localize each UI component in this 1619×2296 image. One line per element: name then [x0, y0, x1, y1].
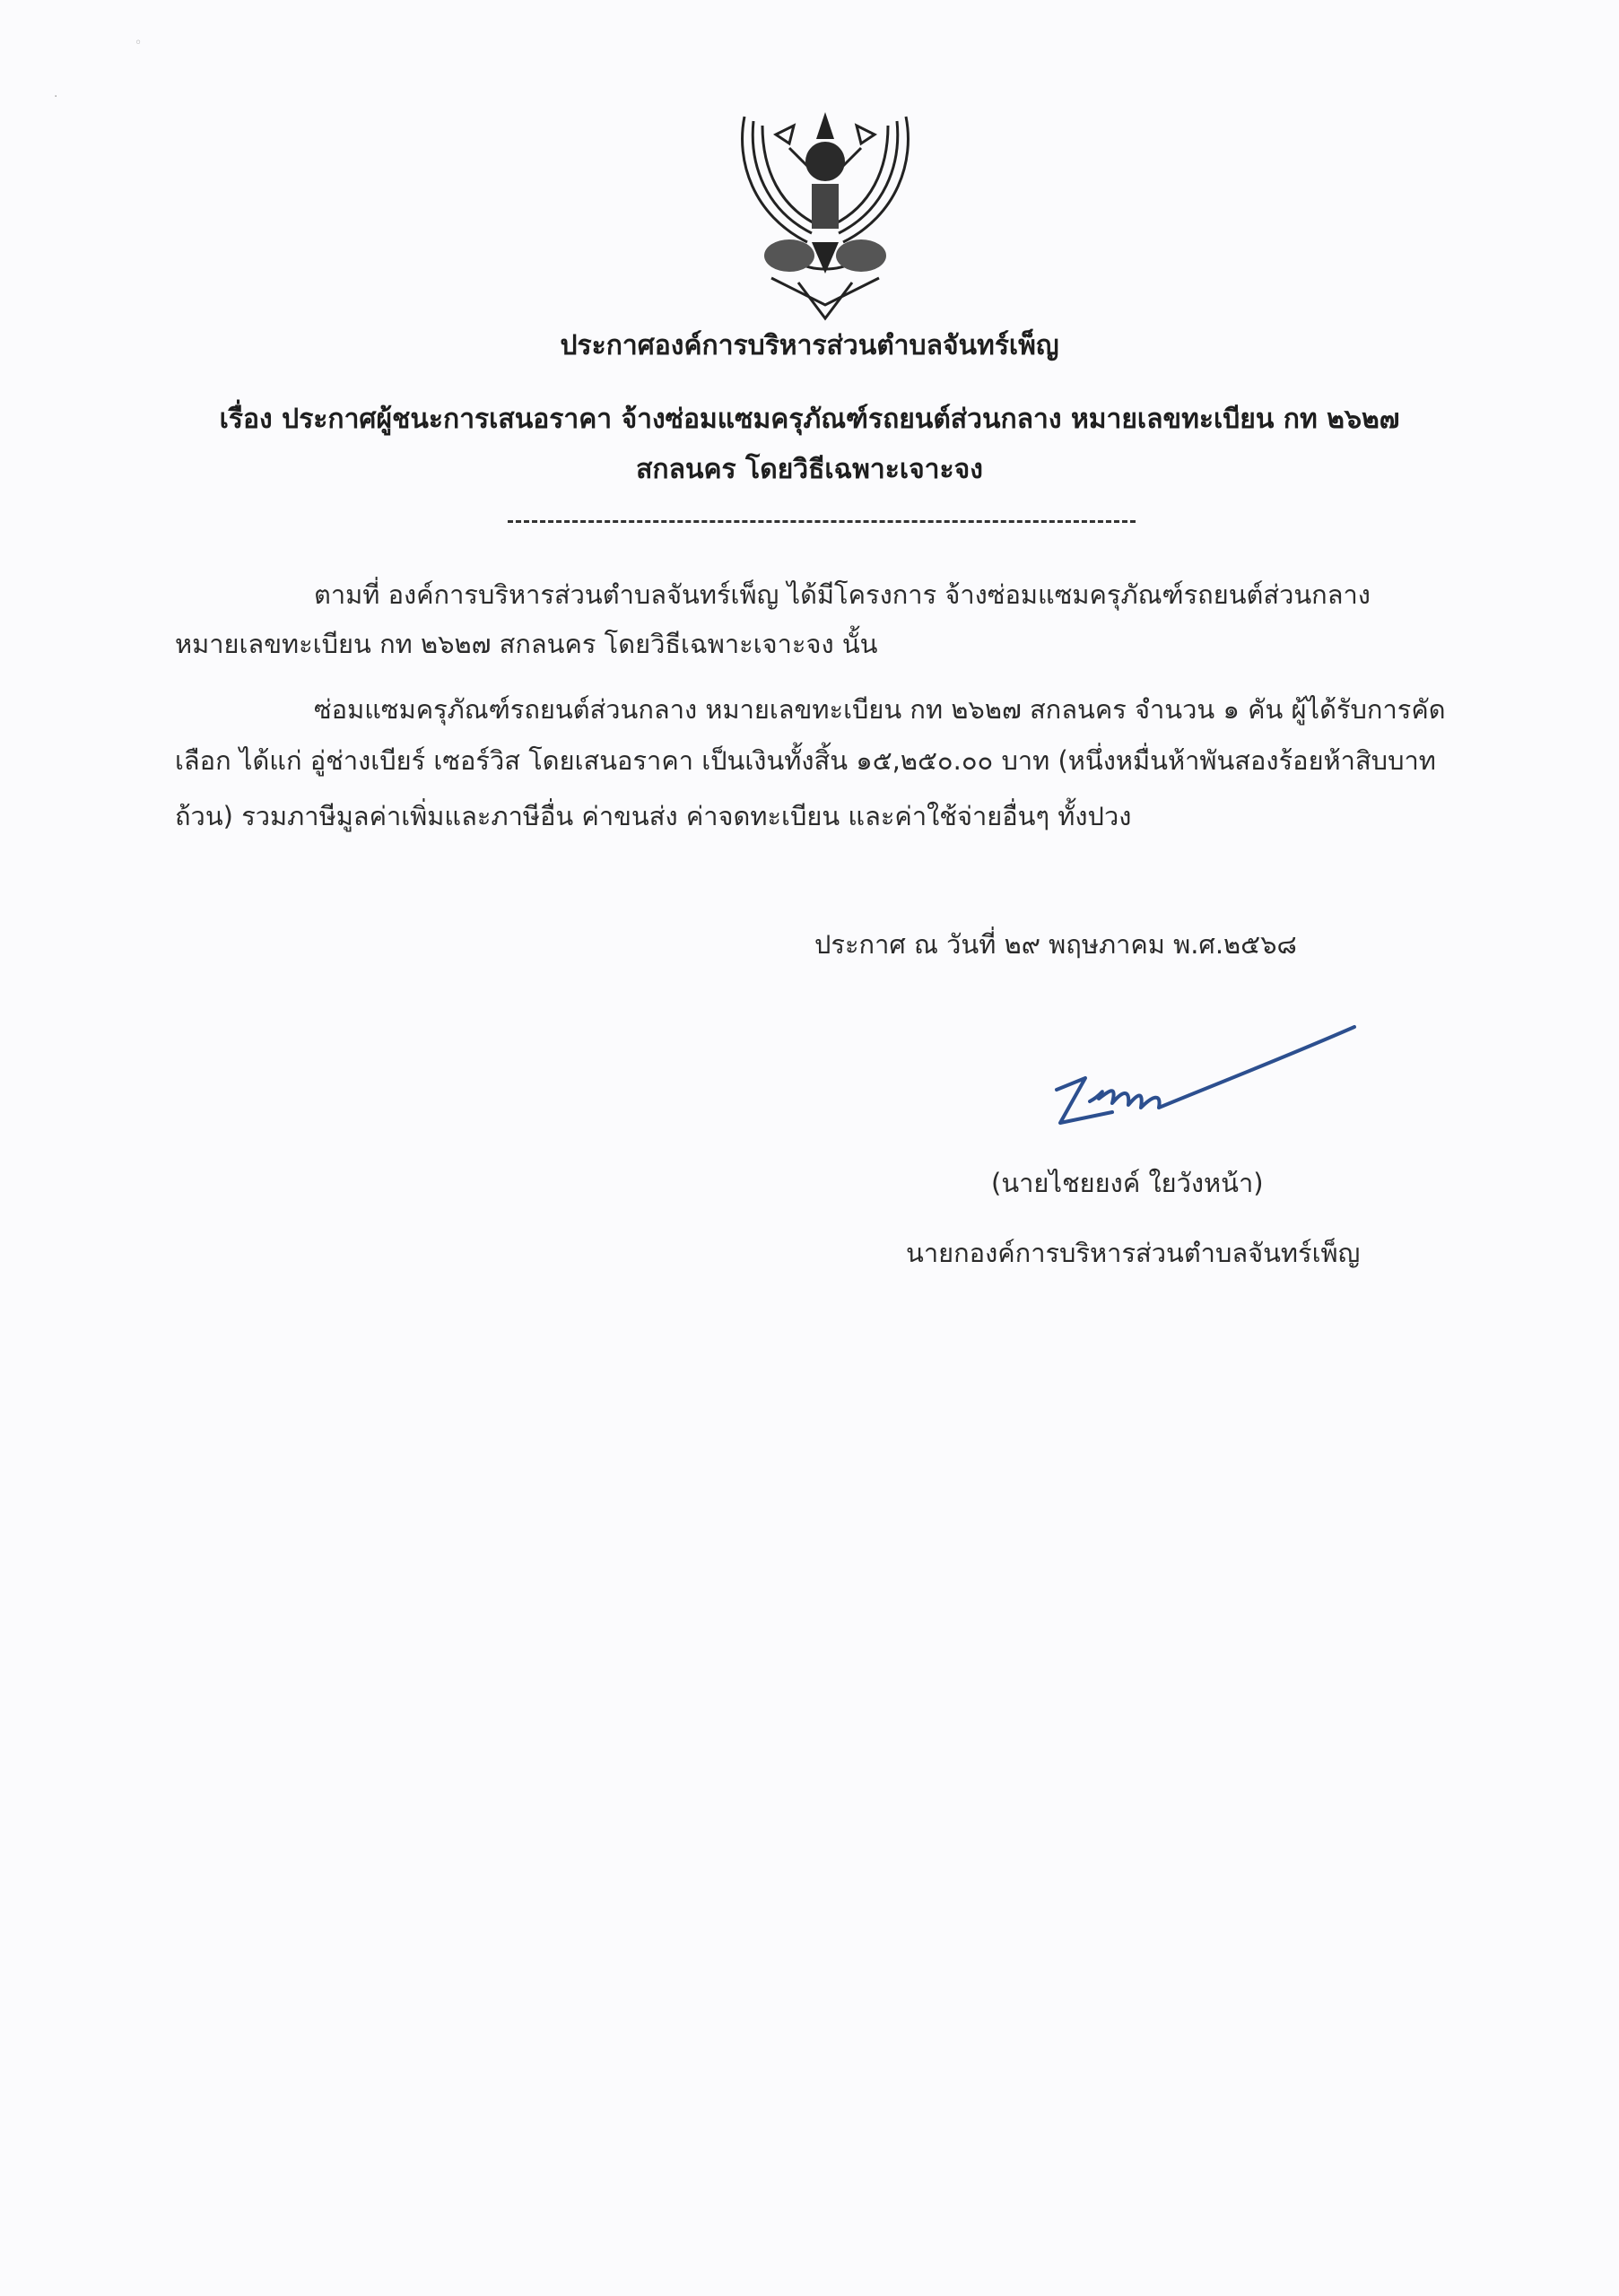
subject-line: เรื่อง ประกาศผู้ชนะการเสนอราคา จ้างซ่อมแ…	[0, 398, 1619, 440]
signature-icon	[1049, 1022, 1363, 1130]
announcement-date: ประกาศ ณ วันที่ ๒๙ พฤษภาคม พ.ศ.๒๕๖๘	[814, 924, 1297, 965]
scan-speck: ·	[54, 90, 57, 104]
signer-name: (นายไชยยงค์ ใยวังหน้า)	[991, 1162, 1264, 1204]
paragraph-2-line-2: เลือก ได้แก่ อู่ช่างเบียร์ เซอร์วิส โดยเ…	[175, 740, 1436, 781]
paragraph-2-line-1: ซ่อมแซมครุภัณฑ์รถยนต์ส่วนกลาง หมายเลขทะเ…	[314, 689, 1446, 730]
document-page: ◦ · ประกาศองค์การบริหารส่วนตำบลจันทร์เพ็…	[0, 0, 1619, 2296]
issuer-heading: ประกาศองค์การบริหารส่วนตำบลจันทร์เพ็ญ	[0, 325, 1619, 367]
subject-line-continued: สกลนคร โดยวิธีเฉพาะเจาะจง	[0, 448, 1619, 491]
signer-title: นายกองค์การบริหารส่วนตำบลจันทร์เพ็ญ	[906, 1232, 1360, 1274]
garuda-emblem-icon	[727, 99, 924, 323]
scan-speck: ◦	[135, 36, 142, 50]
paragraph-1-line-1: ตามที่ องค์การบริหารส่วนตำบลจันทร์เพ็ญ ไ…	[314, 574, 1371, 615]
paragraph-2-line-3: ถ้วน) รวมภาษีมูลค่าเพิ่มและภาษีอื่น ค่าข…	[175, 796, 1131, 837]
section-divider	[508, 520, 1136, 523]
paragraph-1-line-2: หมายเลขทะเบียน กท ๒๖๒๗ สกลนคร โดยวิธีเฉพ…	[175, 623, 877, 665]
